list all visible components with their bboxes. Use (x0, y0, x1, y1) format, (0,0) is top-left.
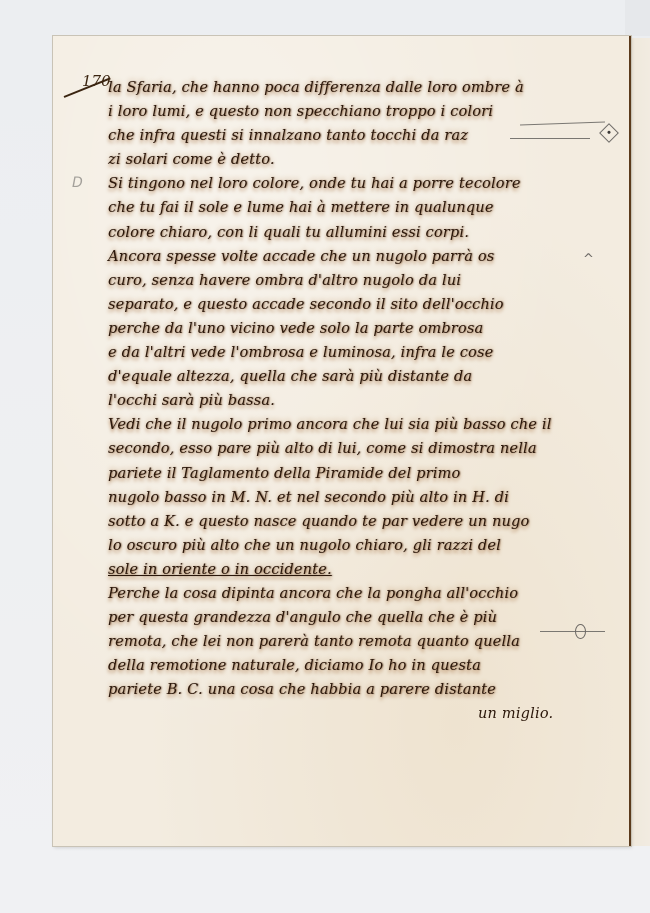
text-line: sotto a K. e questo nasce quando te par … (108, 510, 608, 534)
text-line: sole in oriente o in occidente. (108, 558, 608, 582)
text-line: pariete il Taglamento della Piramide del… (108, 462, 608, 486)
text-line: Si tingono nel loro colore, onde tu hai … (108, 172, 608, 196)
text-line: colore chiaro, con li quali tu allumini … (108, 221, 608, 245)
text-line: remota, che lei non parerà tanto remota … (108, 630, 608, 654)
text-line: i loro lumi, e questo non specchiano tro… (108, 100, 608, 124)
text-line: zi solari come è detto. (108, 148, 608, 172)
text-line: la Sfaria, che hanno poca differenza dal… (108, 76, 608, 100)
text-line-final: un miglio. (108, 702, 608, 726)
left-pencil-mark: D (72, 175, 83, 191)
manuscript-text: la Sfaria, che hanno poca differenza dal… (108, 76, 608, 727)
text-line: curo, senza havere ombra d'altro nugolo … (108, 269, 608, 293)
text-line: pariete B. C. una cosa che habbia a pare… (108, 678, 608, 702)
text-line: perche da l'uno vicino vede solo la part… (108, 317, 608, 341)
text-line: secondo, esso pare più alto di lui, come… (108, 437, 608, 461)
text-line: separato, e questo accade secondo il sit… (108, 293, 608, 317)
text-line: e da l'altri vede l'ombrosa e luminosa, … (108, 341, 608, 365)
text-line: d'equale altezza, quella che sarà più di… (108, 365, 608, 389)
text-line: per questa grandezza d'angulo che quella… (108, 606, 608, 630)
text-line: Vedi che il nugolo primo ancora che lui … (108, 413, 608, 437)
text-line: Perche la cosa dipinta ancora che la pon… (108, 582, 608, 606)
text-line: nugolo basso in M. N. et nel secondo più… (108, 486, 608, 510)
text-line: della remotione naturale, diciamo Io ho … (108, 654, 608, 678)
facing-page-top (625, 0, 650, 36)
text-line: che tu fai il sole e lume hai à mettere … (108, 196, 608, 220)
text-line: l'occhi sarà più bassa. (108, 389, 608, 413)
text-line: che infra questi si innalzano tanto tocc… (108, 124, 608, 148)
text-line: Ancora spesse volte accade che un nugolo… (108, 245, 608, 269)
text-line: lo oscuro più alto che un nugolo chiaro,… (108, 534, 608, 558)
facing-page-edge (628, 38, 650, 846)
